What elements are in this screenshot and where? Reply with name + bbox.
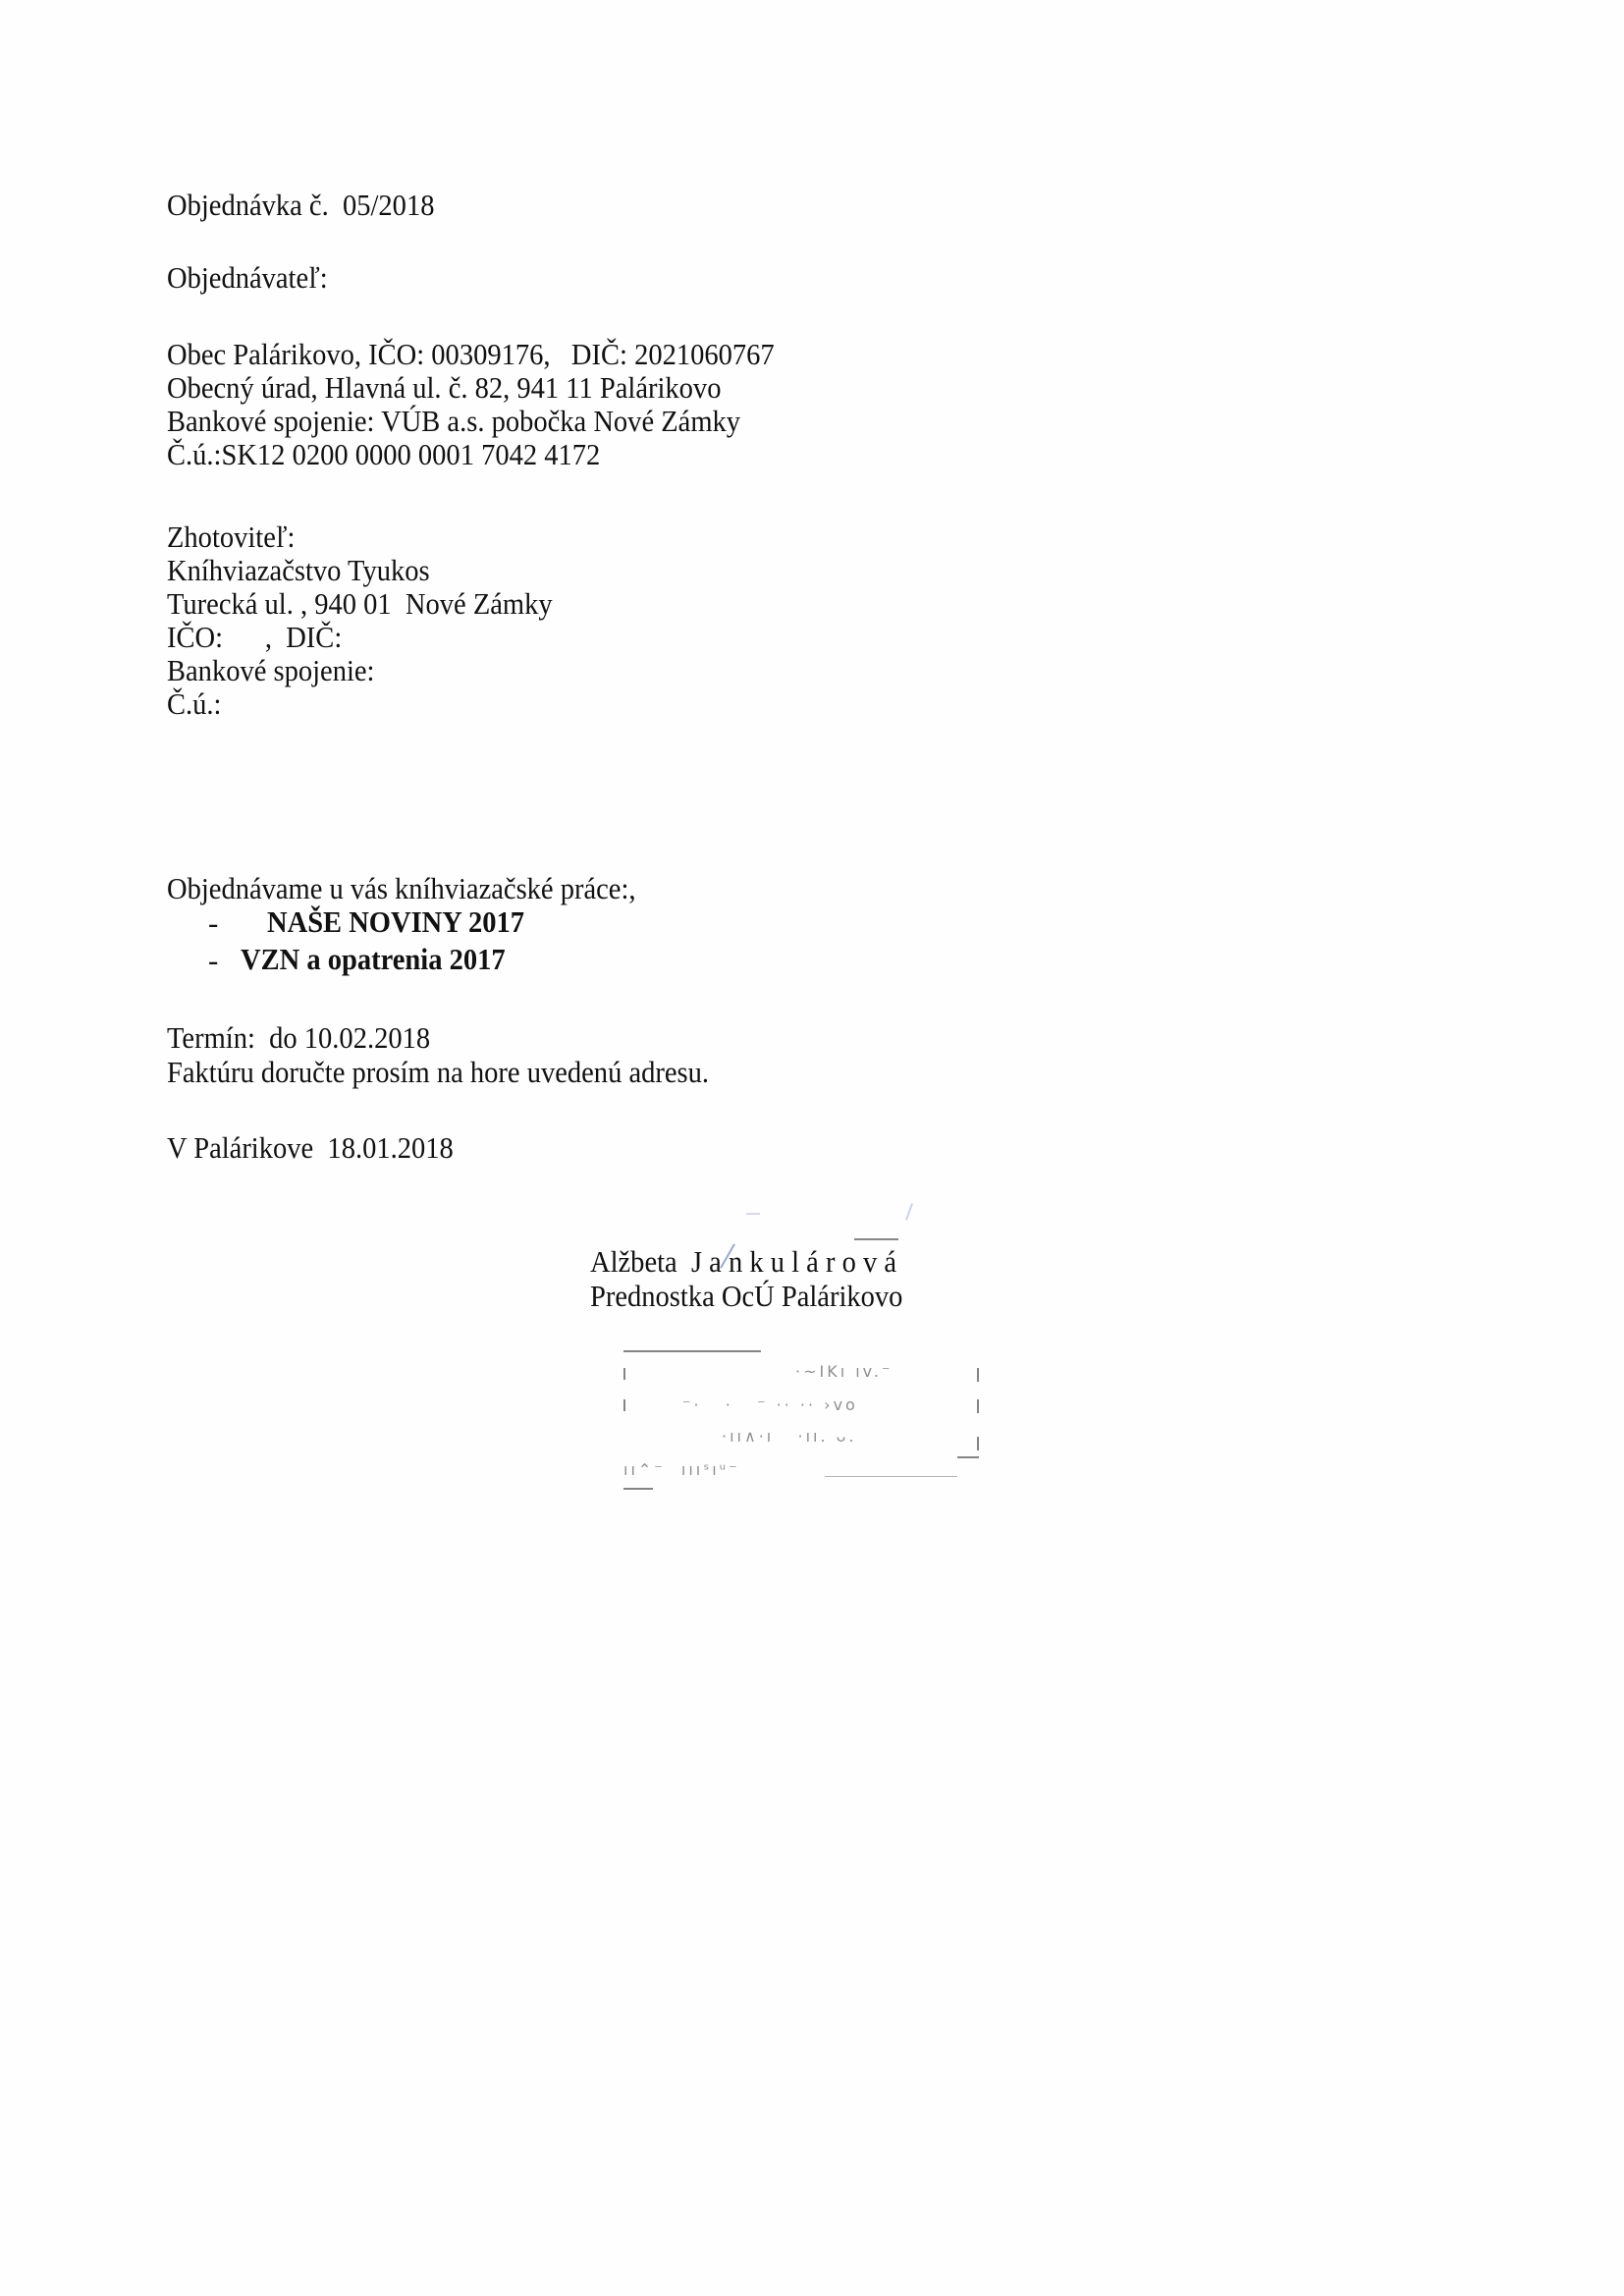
supplier-line: Bankové spojenie: [167,654,374,687]
supplier-label: Zhotoviteľ: [167,520,295,554]
deadline: Termín: do 10.02.2018 [167,1021,430,1055]
stamp-text: ·ıı∧·ı ·ıı. ᴗ. [722,1427,857,1446]
bullet-dash: - [208,905,218,941]
request-intro: Objednávame u vás kníhviazačské práce:, [167,872,636,905]
customer-line: Obecný úrad, Hlavná ul. č. 82, 941 11 Pa… [167,371,721,405]
signatory-position: Prednostka OcÚ Palárikovo [590,1280,902,1313]
invoice-note: Faktúru doručte prosím na hore uvedenú a… [167,1056,709,1089]
customer-line: Č.ú.:SK12 0200 0000 0001 7042 4172 [167,438,600,471]
request-item: VZN a opatrenia 2017 [241,943,506,976]
request-item: NAŠE NOVINY 2017 [267,905,524,939]
customer-line: Bankové spojenie: VÚB a.s. pobočka Nové … [167,405,740,438]
supplier-line: Kníhviazačstvo Tyukos [167,554,430,587]
stamp-text: ıı⌃⁻ ıııˢıᵘ⁻ [623,1460,740,1479]
customer-line: Obec Palárikovo, IČO: 00309176, DIČ: 202… [167,338,775,371]
signature-stroke [905,1203,913,1221]
bullet-dash: - [208,943,218,978]
place-date: V Palárikove 18.01.2018 [167,1131,454,1165]
official-stamp: ·~IKı ıv.⁻ ⁻· · ⁻ ·· ·· ›vo ·ıı∧·ı ·ıı. … [623,1350,982,1483]
customer-label: Objednávateľ: [167,261,328,295]
supplier-line: IČO: , DIČ: [167,621,342,654]
stamp-text: ·~IKı ıv.⁻ [795,1362,893,1381]
order-title: Objednávka č. 05/2018 [167,189,434,222]
supplier-line: Č.ú.: [167,687,221,721]
signature-stroke [746,1213,760,1215]
signatory-name: Alžbeta J a n k u l á r o v á [590,1245,896,1279]
signature-stroke [854,1238,898,1240]
stamp-text: ⁻· · ⁻ ·· ·· ›vo [682,1395,858,1414]
supplier-line: Turecká ul. , 940 01 Nové Zámky [167,587,553,621]
document-page: Objednávka č. 05/2018 Objednávateľ: Obec… [0,0,1624,2296]
